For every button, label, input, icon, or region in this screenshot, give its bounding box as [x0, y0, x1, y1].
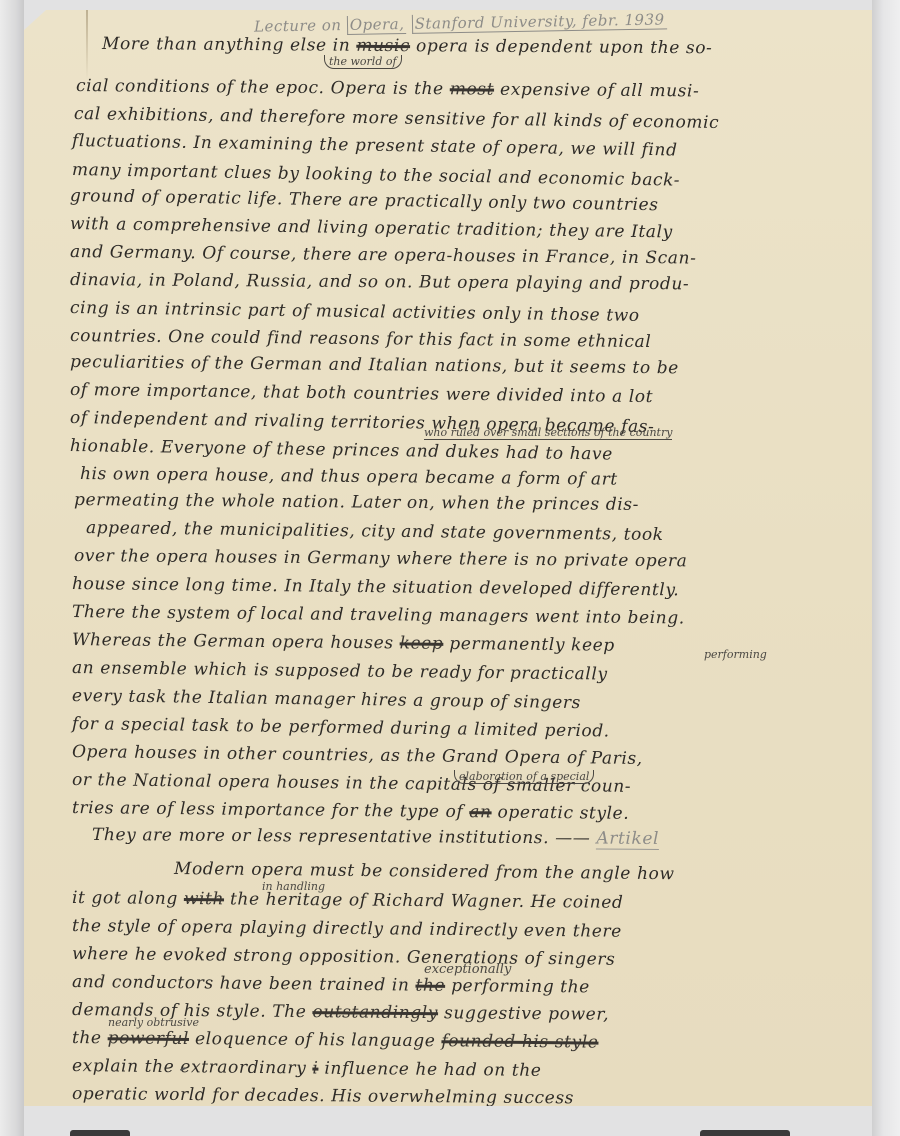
- header-prefix: Lecture on: [254, 16, 342, 36]
- struck-word: powerful: [108, 1028, 190, 1049]
- insertion-exceptionally: exceptionally: [424, 962, 511, 977]
- manuscript-line: There the system of local and traveling …: [72, 602, 685, 628]
- manuscript-line: dinavia, in Poland, Russia, and so on. B…: [70, 270, 689, 294]
- manuscript-line: with a comprehensive and living operatic…: [70, 214, 673, 242]
- manuscript-line: Opera houses in other countries, as the …: [72, 742, 643, 769]
- manuscript-line: the style of opera playing directly and …: [72, 916, 622, 942]
- manuscript-line: They are more or less representative ins…: [92, 825, 659, 849]
- scan-background-left: [0, 0, 24, 1136]
- pencil-note-artikel: Artikel: [596, 829, 659, 850]
- struck-word: keep: [400, 633, 444, 653]
- manuscript-line: and Germany. Of course, there are opera-…: [70, 242, 697, 269]
- header-rest: Stanford University, febr. 1939: [412, 10, 667, 33]
- struck-word: music: [356, 36, 410, 56]
- manuscript-line: cing is an intrinsic part of musical act…: [70, 298, 640, 326]
- struck-word: most: [450, 79, 494, 99]
- manuscript-line: it got along with the heritage of Richar…: [72, 888, 624, 913]
- manuscript-line: of more importance, that both countries …: [70, 380, 653, 407]
- manuscript-line: every task the Italian manager hires a g…: [72, 686, 581, 713]
- manuscript-line: over the opera houses in Germany where t…: [74, 546, 688, 571]
- manuscript-line: an ensemble which is supposed to be read…: [72, 658, 608, 685]
- scan-background-right: [872, 0, 900, 1136]
- header-boxed-word: Opera,: [347, 15, 407, 35]
- insertion-nearly-obtrusive: nearly obtrusive: [108, 1016, 199, 1029]
- mount-clip-right: [700, 1130, 790, 1136]
- manuscript-line: the powerful eloquence of his language f…: [72, 1028, 599, 1053]
- manuscript-line: many important clues by looking to the s…: [72, 160, 680, 191]
- manuscript-line: operatic world for decades. His overwhel…: [72, 1084, 574, 1108]
- manuscript-line: and conductors have been trained in the …: [72, 972, 590, 997]
- struck-word: an: [469, 802, 492, 822]
- manuscript-line: Whereas the German opera houses keep per…: [72, 630, 615, 656]
- manuscript-page: Lecture on Opera, Stanford University, f…: [24, 10, 872, 1106]
- manuscript-line: peculiarities of the German and Italian …: [70, 352, 679, 378]
- insertion-performing: performing: [704, 648, 767, 661]
- manuscript-line: explain the extraordinary i influence he…: [72, 1056, 542, 1081]
- manuscript-line: where he evoked strong opposition. Gener…: [72, 944, 616, 970]
- manuscript-line: tries are of less importance for the typ…: [72, 798, 629, 824]
- manuscript-line: Modern opera must be considered from the…: [174, 859, 675, 884]
- struck-word: the: [415, 976, 445, 996]
- manuscript-line: house since long time. In Italy the situ…: [72, 574, 680, 600]
- insertion-elaboration: elaboration of a special: [454, 770, 594, 784]
- manuscript-line: fluctuations. In examining the present s…: [72, 131, 678, 161]
- struck-word: with: [184, 889, 224, 909]
- manuscript-line: for a special task to be performed durin…: [72, 714, 610, 742]
- insertion-the-world-of: the world of: [324, 55, 402, 69]
- struck-word: outstandingly: [312, 1002, 438, 1023]
- manuscript-line: More than anything else in music opera i…: [102, 34, 713, 58]
- manuscript-line: appeared, the municipalities, city and s…: [86, 518, 664, 545]
- mount-clip-left: [70, 1130, 130, 1136]
- manuscript-line: permeating the whole nation. Later on, w…: [74, 490, 639, 515]
- manuscript-line: countries. One could find reasons for th…: [70, 326, 652, 352]
- struck-phrase: founded his style: [441, 1031, 598, 1052]
- manuscript-line: his own opera house, and thus opera beca…: [80, 464, 618, 490]
- manuscript-line: ground of operatic life. There are pract…: [70, 186, 659, 215]
- fold-crease: [86, 10, 88, 80]
- manuscript-line: cal exhibitions, and therefore more sens…: [74, 104, 720, 133]
- manuscript-line: hionable. Everyone of these princes and …: [70, 436, 613, 465]
- header-pencil-note: Lecture on Opera, Stanford University, f…: [254, 10, 667, 35]
- manuscript-line: cial conditions of the epoc. Opera is th…: [76, 76, 700, 101]
- insertion-who-ruled: who ruled over small sections of the cou…: [424, 426, 672, 440]
